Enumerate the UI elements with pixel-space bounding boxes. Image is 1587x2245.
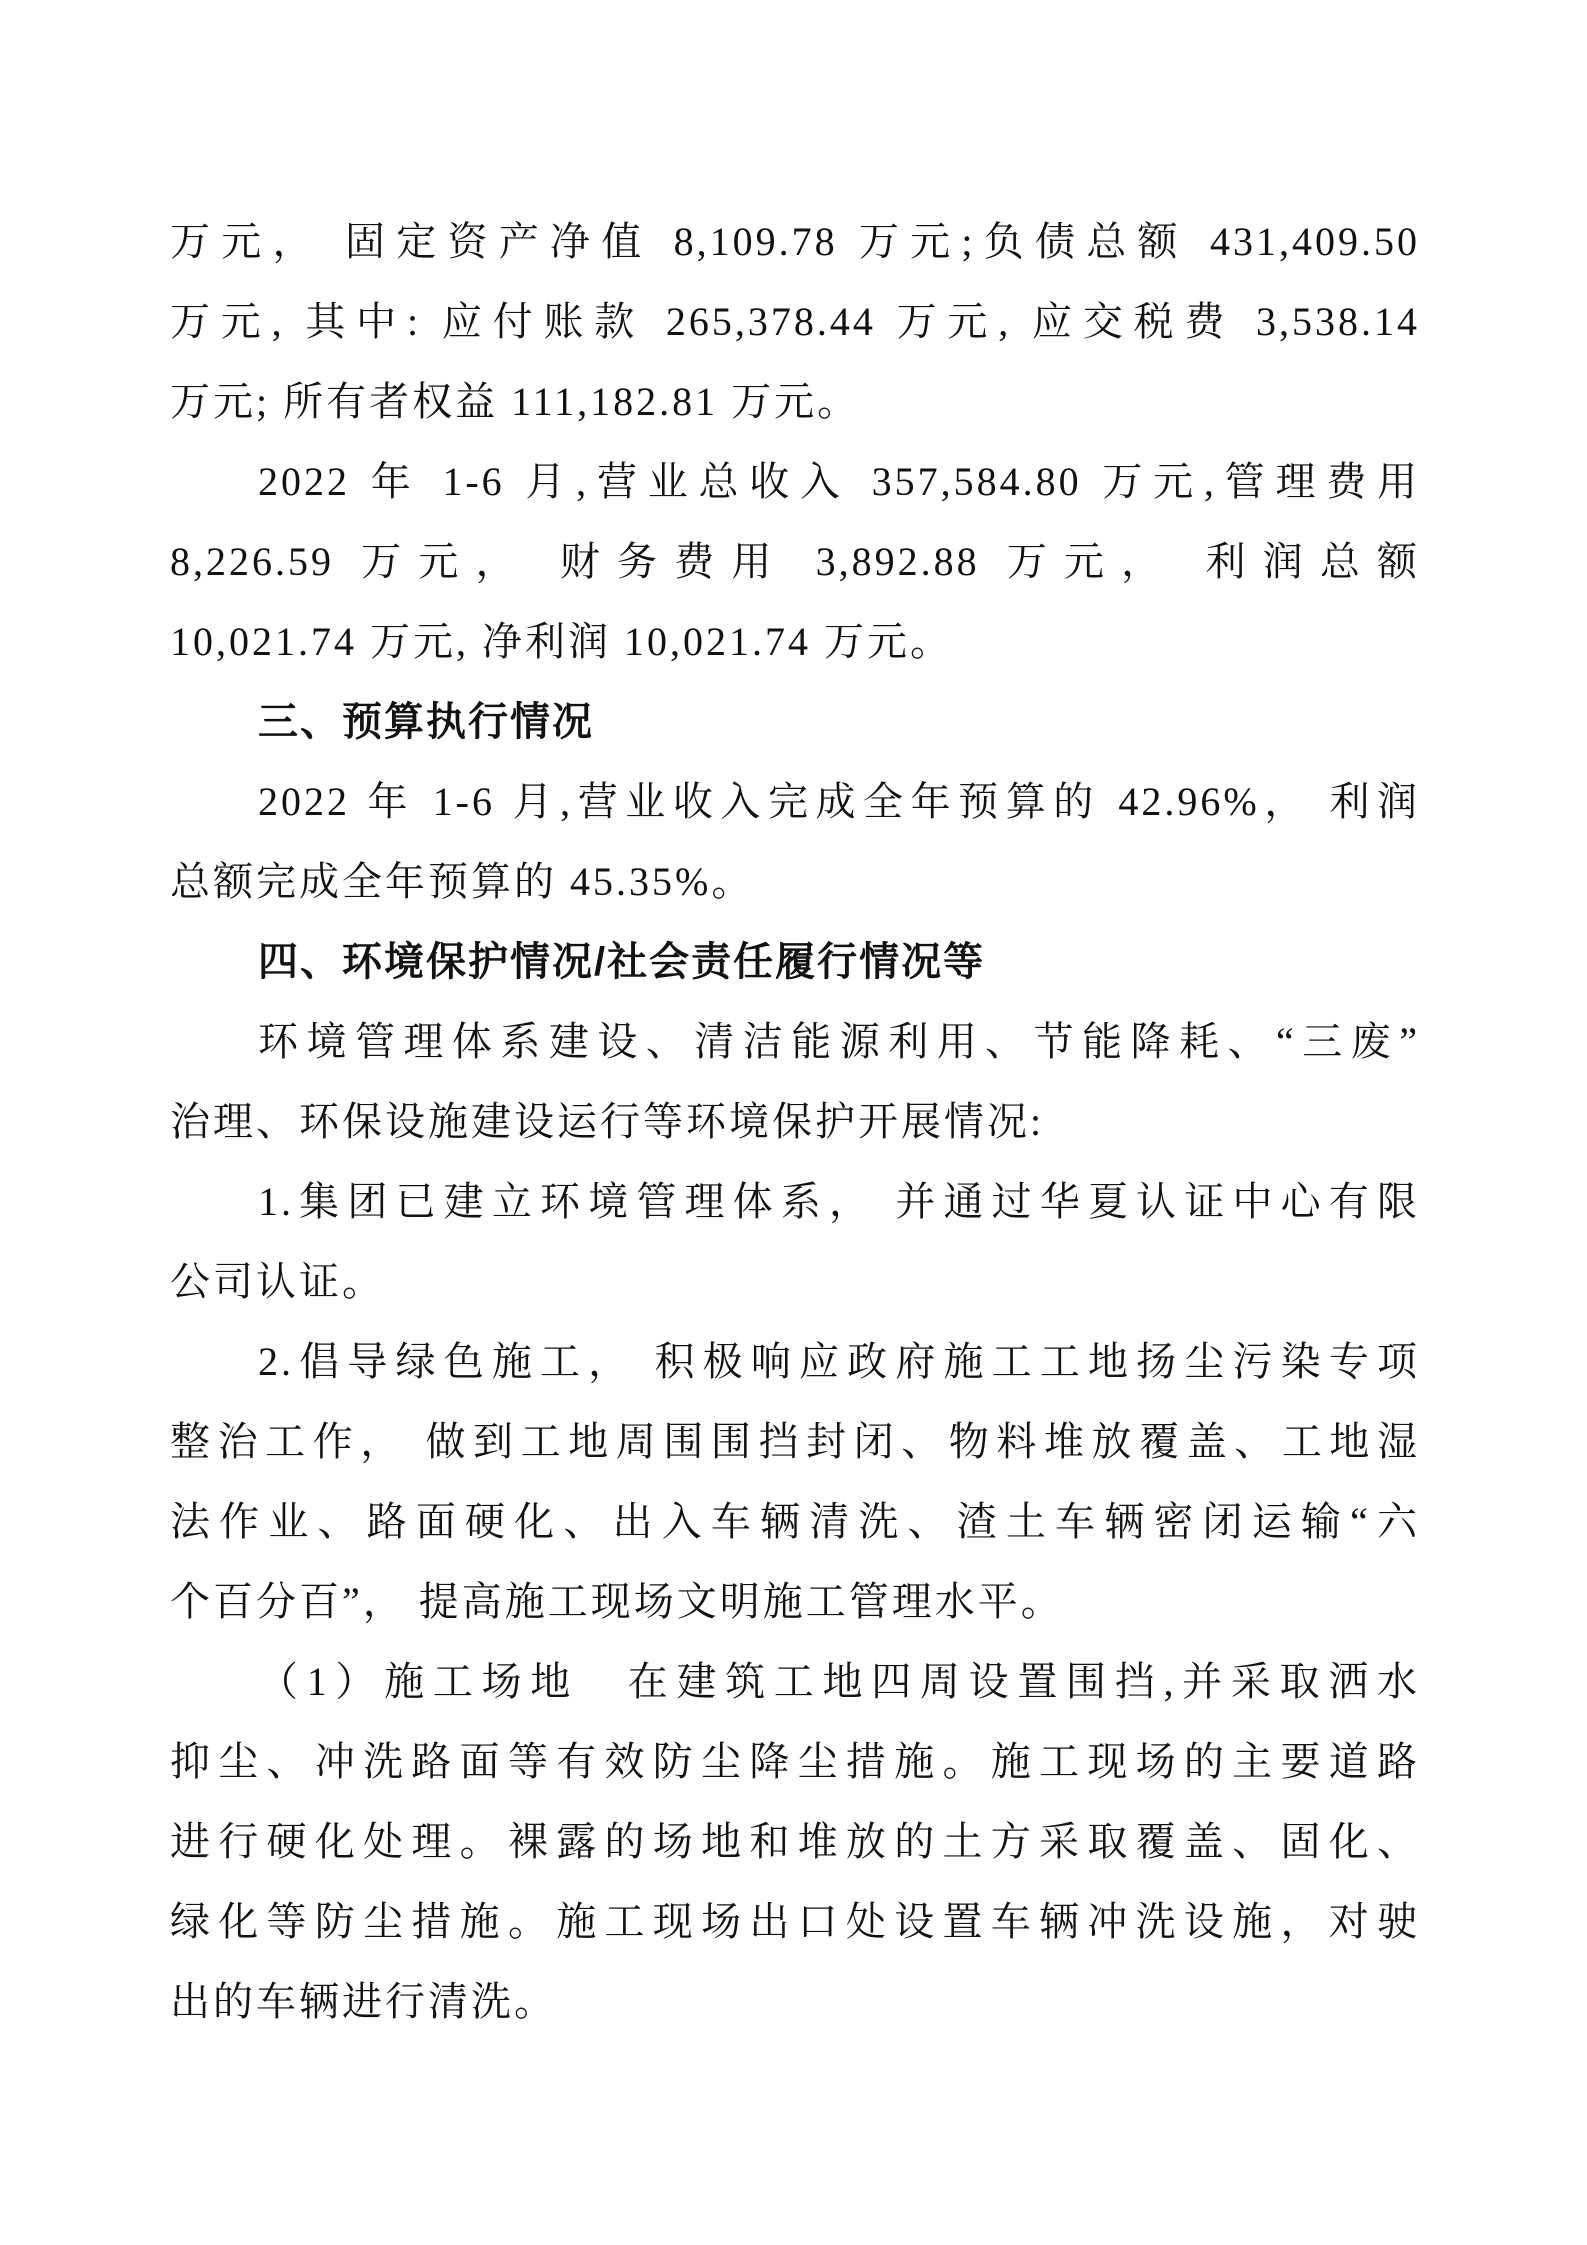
text-line: 2.倡导绿色施工， 积极响应政府施工工地扬尘污染专项 <box>170 1322 1420 1402</box>
text-line: 8,226.59 万元， 财务费用 3,892.88 万元， 利润总额 <box>170 522 1420 602</box>
text-line: 环境管理体系建设、清洁能源利用、节能降耗、“三废” <box>170 1002 1420 1082</box>
text-line: 治理、环保设施建设运行等环境保护开展情况: <box>170 1082 1420 1162</box>
text-line: 进行硬化处理。裸露的场地和堆放的土方采取覆盖、固化、 <box>170 1802 1420 1882</box>
text-line: 10,021.74 万元, 净利润 10,021.74 万元。 <box>170 602 1420 682</box>
text-line: 出的车辆进行清洗。 <box>170 1962 1420 2042</box>
text-line: 抑尘、冲洗路面等有效防尘降尘措施。施工现场的主要道路 <box>170 1722 1420 1802</box>
text-line: 整治工作， 做到工地周围围挡封闭、物料堆放覆盖、工地湿 <box>170 1402 1420 1482</box>
text-line: （1）施工场地 在建筑工地四周设置围挡,并采取洒水 <box>170 1642 1420 1722</box>
section-heading: 四、环境保护情况/社会责任履行情况等 <box>170 922 1420 1002</box>
text-line: 万元; 所有者权益 111,182.81 万元。 <box>170 362 1420 442</box>
text-line: 1.集团已建立环境管理体系， 并通过华夏认证中心有限 <box>170 1162 1420 1242</box>
document-page: 万元， 固定资产净值 8,109.78 万元;负债总额 431,409.50万元… <box>0 0 1587 2245</box>
text-line: 2022 年 1-6 月,营业收入完成全年预算的 42.96%， 利润 <box>170 762 1420 842</box>
text-line: 万元, 其中: 应付账款 265,378.44 万元, 应交税费 3,538.1… <box>170 282 1420 362</box>
text-line: 万元， 固定资产净值 8,109.78 万元;负债总额 431,409.50 <box>170 202 1420 282</box>
text-line: 个百分百”， 提高施工现场文明施工管理水平。 <box>170 1562 1420 1642</box>
text-line: 绿化等防尘措施。施工现场出口处设置车辆冲洗设施，对驶 <box>170 1882 1420 1962</box>
text-line: 总额完成全年预算的 45.35%。 <box>170 842 1420 922</box>
text-line: 公司认证。 <box>170 1242 1420 1322</box>
text-line: 法作业、路面硬化、出入车辆清洗、渣土车辆密闭运输“六 <box>170 1482 1420 1562</box>
text-line: 2022 年 1-6 月,营业总收入 357,584.80 万元,管理费用 <box>170 442 1420 522</box>
section-heading: 三、预算执行情况 <box>170 682 1420 762</box>
document-body: 万元， 固定资产净值 8,109.78 万元;负债总额 431,409.50万元… <box>170 202 1420 2042</box>
